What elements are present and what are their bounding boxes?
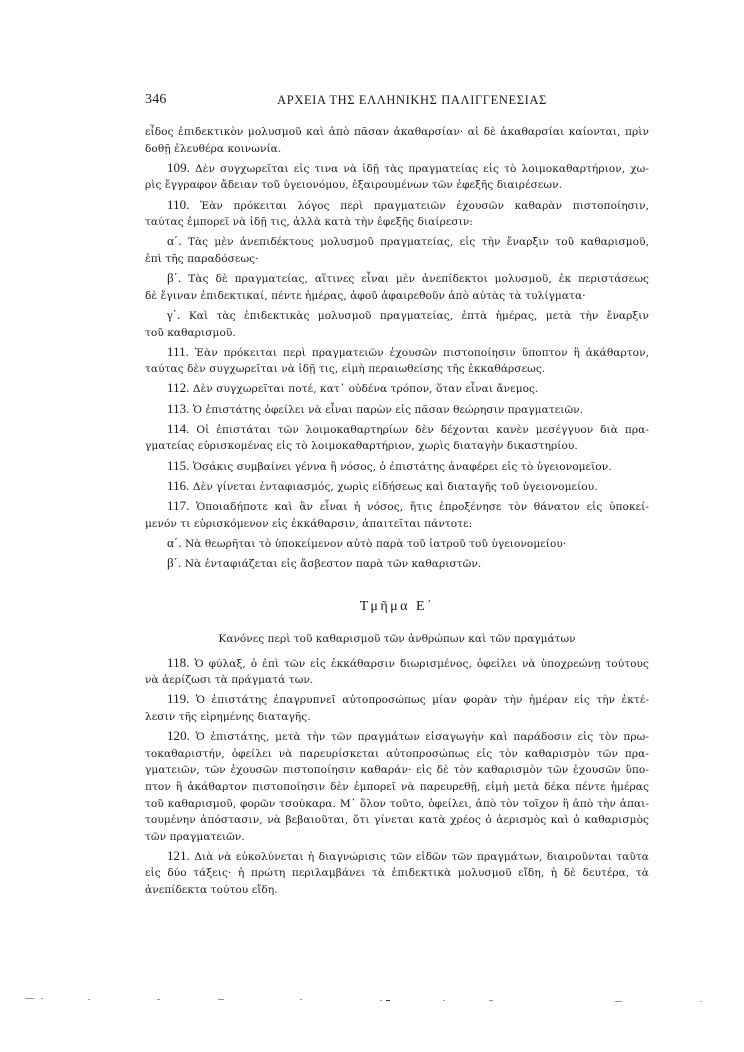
paragraph: 116. Δὲν γίνεται ἐνταφιασμός, χωρὶς εἰδή… bbox=[145, 478, 649, 496]
text-line-content: Ὁ ἐπιστάτης ὀφείλει νὰ εἶναι παρὼν εἰς π… bbox=[193, 404, 583, 416]
journal-title: ΑΡΧΕΙΑ ΤΗΣ ΕΛΛΗΝΙΚΗΣ ΠΑΛΙΓΓΕΝΕΣΙΑΣ bbox=[145, 93, 649, 108]
text-line: ρὶς ἔγγραφον ἄδειαν τοῦ ὑγειονόμου, ἐξαι… bbox=[145, 177, 649, 194]
text-line-content: Ὁποιαδήποτε καὶ ἂν εἶναι ἡ νόσος, ἥτις ἐ… bbox=[196, 501, 649, 513]
paragraph: 113. Ὁ ἐπιστάτης ὀφείλει νὰ εἶναι παρὼν … bbox=[145, 401, 649, 419]
paragraph: 111. Ἐὰν πρόκειται περὶ πραγματειῶν ἐχου… bbox=[145, 344, 649, 378]
text-line: β΄. Τὰς δὲ πραγματείας, αἵτινες εἶναι μὲ… bbox=[145, 270, 649, 288]
paragraph-number: 113. bbox=[167, 401, 189, 416]
text-line-content: Δὲν γίνεται ἐνταφιασμός, χωρὶς εἰδήσεως … bbox=[193, 481, 598, 493]
text-line: 116. Δὲν γίνεται ἐνταφιασμός, χωρὶς εἰδή… bbox=[145, 478, 649, 496]
paragraph-number: 111. bbox=[167, 344, 189, 359]
scan-mark bbox=[88, 999, 90, 1000]
scan-mark bbox=[218, 999, 224, 1000]
text-line: τῶν πραγματειῶν. bbox=[145, 829, 649, 846]
text-line-content: γματειῶν, τῶν ἐχουσῶν πιστοποίησιν καθαρ… bbox=[145, 764, 649, 776]
paragraph: εἶδος ἐπιδεκτικὸν μολυσμοῦ καὶ ἀπὸ πᾶσαν… bbox=[145, 124, 649, 157]
text-line: 114. Οἱ ἐπιστάται τῶν λοιμοκαθαρτηρίων δ… bbox=[145, 421, 649, 439]
text-line-content: Ἐὰν πρόκειται λόγος περὶ πραγματειῶν ἐχο… bbox=[200, 200, 649, 212]
text-line: λεσιν τῆς εἰρημένης διαταγῆς. bbox=[145, 709, 649, 726]
paragraph: 112. Δὲν συγχωρεῖται ποτέ, κατ᾿ οὐδένα τ… bbox=[145, 380, 649, 398]
document-page: 346 ΑΡΧΕΙΑ ΤΗΣ ΕΛΛΗΝΙΚΗΣ ΠΑΛΙΓΓΕΝΕΣΙΑΣ ε… bbox=[145, 92, 649, 901]
paragraph: 114. Οἱ ἐπιστάται τῶν λοιμοκαθαρτηρίων δ… bbox=[145, 421, 649, 455]
text-line: γ΄. Καὶ τὰς ἐπιδεκτικὰς μολυσμοῦ πραγματ… bbox=[145, 307, 649, 325]
text-line: εἶδος ἐπιδεκτικὸν μολυσμοῦ καὶ ἀπὸ πᾶσαν… bbox=[145, 124, 649, 141]
text-line: 115. Ὁσάκις συμβαίνει γέννα ἢ νόσος, ὁ ἐ… bbox=[145, 458, 649, 476]
scan-mark bbox=[380, 1000, 382, 1001]
text-line: τοῦ καθαρισμοῦ, φορῶν τσούκαρα. Μ᾿ ὅλον … bbox=[145, 796, 649, 813]
text-line-content: τουμένην ἀπόστασιν, νὰ βεβαιοῦται, ὅτι γ… bbox=[145, 814, 649, 826]
text-line-content: τοκαθαριστήν, ὀφείλει νὰ παρευρίσκεται α… bbox=[145, 748, 649, 760]
paragraph-number: γ΄. bbox=[167, 307, 180, 322]
text-line: 118. Ὁ φύλαξ, ὁ ἐπὶ τῶν εἰς ἐκκάθαρσιν δ… bbox=[145, 655, 649, 673]
scan-mark bbox=[386, 1000, 390, 1001]
text-line-content: τοῦ καθαρισμοῦ, φορῶν τσούκαρα. Μ᾿ ὅλον … bbox=[145, 798, 649, 810]
paragraph: 118. Ὁ φύλαξ, ὁ ἐπὶ τῶν εἰς ἐκκάθαρσιν δ… bbox=[145, 655, 649, 689]
text-line: γματειῶν, τῶν ἐχουσῶν πιστοποίησιν καθαρ… bbox=[145, 762, 649, 779]
text-line: 111. Ἐὰν πρόκειται περὶ πραγματειῶν ἐχου… bbox=[145, 344, 649, 362]
paragraph-number: 110. bbox=[167, 197, 189, 212]
paragraph-number: 121. bbox=[167, 848, 190, 863]
text-line-content: Δὲν συγχωρεῖται εἰς τινα νὰ ἰδῇ τὰς πραγ… bbox=[195, 163, 649, 175]
text-line: ἐπὶ τῆς παραδόσεως· bbox=[145, 251, 649, 268]
text-line-content: Καὶ τὰς ἐπιδεκτικὰς μολυσμοῦ πραγματείας… bbox=[189, 310, 649, 322]
text-line: τοῦ καθαρισμοῦ. bbox=[145, 325, 649, 342]
paragraph-number: 117. bbox=[167, 498, 189, 513]
paragraph-number: 118. bbox=[167, 655, 189, 670]
body-text-top: εἶδος ἐπιδεκτικὸν μολυσμοῦ καὶ ἀπὸ πᾶσαν… bbox=[145, 124, 649, 573]
paragraph: α΄. Νὰ θεωρῆται τὸ ὑποκείμενον αὐτὸ παρὰ… bbox=[145, 535, 649, 553]
paragraph: β΄. Νὰ ἐνταφιάζεται εἰς ἄσβεστον παρὰ τῶ… bbox=[145, 555, 649, 573]
text-line-content: νὰ ἀερίζωσι τὰ πράγματά των. bbox=[145, 674, 313, 686]
paragraph: α΄. Τὰς μὲν ἀνεπιδέκτους μολυσμοῦ πραγμα… bbox=[145, 233, 649, 267]
text-line-content: Τὰς μὲν ἀνεπιδέκτους μολυσμοῦ πραγματεία… bbox=[188, 236, 649, 248]
text-line: μενόν τι εὑρισκόμενον εἰς ἐκκάθαρσιν, ἀπ… bbox=[145, 516, 649, 533]
paragraph-number: α΄. bbox=[167, 535, 182, 550]
text-line: ἀνεπίδεκτα τούτου εἴδη. bbox=[145, 882, 649, 899]
paragraph: γ΄. Καὶ τὰς ἐπιδεκτικὰς μολυσμοῦ πραγματ… bbox=[145, 307, 649, 341]
text-line-content: εἶδος ἐπιδεκτικὸν μολυσμοῦ καὶ ἀπὸ πᾶσαν… bbox=[145, 126, 649, 138]
paragraph-number: 114. bbox=[167, 421, 189, 436]
body-text-bottom: 118. Ὁ φύλαξ, ὁ ἐπὶ τῶν εἰς ἐκκάθαρσιν δ… bbox=[145, 655, 649, 899]
text-line: τουμένην ἀπόστασιν, νὰ βεβαιοῦται, ὅτι γ… bbox=[145, 812, 649, 829]
text-line-content: ρὶς ἔγγραφον ἄδειαν τοῦ ὑγειονόμου, ἐξαι… bbox=[145, 179, 562, 191]
text-line-content: Νὰ θεωρῆται τὸ ὑποκείμενον αὐτὸ παρὰ τοῦ… bbox=[185, 538, 566, 550]
text-line: 119. Ὁ ἐπιστάτης ἐπαγρυπνεῖ αὐτοπροσώπως… bbox=[145, 691, 649, 709]
paragraph: 109. Δὲν συγχωρεῖται εἰς τινα νὰ ἰδῇ τὰς… bbox=[145, 160, 649, 194]
text-line: 117. Ὁποιαδήποτε καὶ ἂν εἶναι ἡ νόσος, ἥ… bbox=[145, 498, 649, 516]
text-line-content: ἐπὶ τῆς παραδόσεως· bbox=[145, 253, 259, 265]
scan-mark bbox=[25, 998, 34, 999]
paragraph-number: 120. bbox=[167, 728, 190, 743]
paragraph: 110. Ἐὰν πρόκειται λόγος περὶ πραγματειῶ… bbox=[145, 197, 649, 231]
scan-mark bbox=[157, 999, 160, 1000]
text-line-content: δὲ ἔγιναν ἐπιδεκτικαί, πέντε ἡμέρας, ἀφο… bbox=[145, 290, 586, 302]
text-line: δοθῇ ἐλευθέρα κοινωνία. bbox=[145, 141, 649, 158]
text-line: ταύτας ἐμπορεῖ νὰ ἰδῇ τις, ἀλλὰ κατὰ τὴν… bbox=[145, 214, 649, 231]
scan-mark bbox=[300, 999, 302, 1000]
text-line: 112. Δὲν συγχωρεῖται ποτέ, κατ᾿ οὐδένα τ… bbox=[145, 380, 649, 398]
text-line-content: Τὰς δὲ πραγματείας, αἵτινες εἶναι μὲν ἀν… bbox=[188, 273, 649, 285]
scan-mark bbox=[700, 1001, 702, 1002]
text-line: 121. Διὰ νὰ εὐκολύνεται ἡ διαγνώρισις τῶ… bbox=[145, 848, 649, 866]
text-line: β΄. Νὰ ἐνταφιάζεται εἰς ἄσβεστον παρὰ τῶ… bbox=[145, 555, 649, 573]
text-line-content: Ὁ ἐπιστάτης ἐπαγρυπνεῖ αὐτοπροσώπως μίαν… bbox=[196, 694, 649, 706]
scan-mark bbox=[443, 1000, 445, 1001]
text-line-content: ἀνεπίδεκτα τούτου εἴδη. bbox=[145, 884, 278, 896]
text-line: νὰ ἀερίζωσι τὰ πράγματά των. bbox=[145, 672, 649, 689]
scan-mark bbox=[489, 1000, 493, 1001]
text-line: δὲ ἔγιναν ἐπιδεκτικαί, πέντε ἡμέρας, ἀφο… bbox=[145, 288, 649, 305]
paragraph: 121. Διὰ νὰ εὐκολύνεται ἡ διαγνώρισις τῶ… bbox=[145, 848, 649, 899]
text-line: 109. Δὲν συγχωρεῖται εἰς τινα νὰ ἰδῇ τὰς… bbox=[145, 160, 649, 178]
paragraph-number: β΄. bbox=[167, 270, 181, 285]
text-line-content: Οἱ ἐπιστάται τῶν λοιμοκαθαρτηρίων δὲν δέ… bbox=[196, 424, 649, 436]
text-line: τοκαθαριστήν, ὀφείλει νὰ παρευρίσκεται α… bbox=[145, 746, 649, 763]
section-heading: Τμῆμα Ε΄ bbox=[145, 599, 649, 615]
paragraph: β΄. Τὰς δὲ πραγματείας, αἵτινες εἶναι μὲ… bbox=[145, 270, 649, 304]
text-line: εἰς δύο τάξεις· ἡ πρώτη περιλαμβάνει τὰ … bbox=[145, 865, 649, 882]
paragraph-number: α΄. bbox=[167, 233, 182, 248]
text-line: 113. Ὁ ἐπιστάτης ὀφείλει νὰ εἶναι παρὼν … bbox=[145, 401, 649, 419]
text-line: πτον ἢ ἀκάθαρτον πιστοποίησιν δὲν ἐμπορε… bbox=[145, 779, 649, 796]
text-line-content: τοῦ καθαρισμοῦ. bbox=[145, 327, 236, 339]
paragraph: 119. Ὁ ἐπιστάτης ἐπαγρυπνεῖ αὐτοπροσώπως… bbox=[145, 691, 649, 725]
section-subheading: Κανόνες περὶ τοῦ καθαρισμοῦ τῶν ἀνθρώπων… bbox=[145, 633, 649, 645]
text-line-content: εἰς δύο τάξεις· ἡ πρώτη περιλαμβάνει τὰ … bbox=[145, 867, 649, 879]
text-line-content: Ὁ ἐπιστάτης, μετὰ τὴν τῶν πραγμάτων εἰσα… bbox=[196, 731, 649, 743]
text-line: γματείας εὑρισκομένας εἰς τὸ λοιμοκαθαρτ… bbox=[145, 438, 649, 455]
text-line: ταύτας δὲν συγχωρεῖται νὰ ἰδῇ τις, εἰμὴ … bbox=[145, 361, 649, 378]
text-line-content: Διὰ νὰ εὐκολύνεται ἡ διαγνώρισις τῶν εἰδ… bbox=[194, 851, 649, 863]
paragraph-number: 109. bbox=[167, 160, 190, 175]
text-line: 120. Ὁ ἐπιστάτης, μετὰ τὴν τῶν πραγμάτων… bbox=[145, 728, 649, 746]
running-head: 346 ΑΡΧΕΙΑ ΤΗΣ ΕΛΛΗΝΙΚΗΣ ΠΑΛΙΓΓΕΝΕΣΙΑΣ bbox=[145, 92, 649, 112]
paragraph-number: 115. bbox=[167, 458, 189, 473]
scan-mark bbox=[41, 998, 43, 999]
text-line-content: ταύτας ἐμπορεῖ νὰ ἰδῇ τις, ἀλλὰ κατὰ τὴν… bbox=[145, 216, 473, 228]
paragraph-number: 119. bbox=[167, 691, 189, 706]
scan-artifacts bbox=[0, 998, 744, 1004]
paragraph: 117. Ὁποιαδήποτε καὶ ἂν εἶναι ἡ νόσος, ἥ… bbox=[145, 498, 649, 532]
text-line-content: πτον ἢ ἀκάθαρτον πιστοποίησιν δὲν ἐμπορε… bbox=[145, 781, 649, 793]
scan-mark bbox=[615, 1001, 622, 1002]
text-line-content: Νὰ ἐνταφιάζεται εἰς ἄσβεστον παρὰ τῶν κα… bbox=[185, 558, 482, 570]
text-line-content: γματείας εὑρισκομένας εἰς τὸ λοιμοκαθαρτ… bbox=[145, 440, 578, 452]
text-line-content: Ὁσάκις συμβαίνει γέννα ἢ νόσος, ὁ ἐπιστά… bbox=[193, 461, 612, 473]
text-line-content: Ὁ φύλαξ, ὁ ἐπὶ τῶν εἰς ἐκκάθαρσιν διωρισ… bbox=[194, 658, 649, 670]
paragraph-number: 116. bbox=[167, 478, 189, 493]
paragraph-number: 112. bbox=[167, 380, 189, 395]
text-line-content: μενόν τι εὑρισκόμενον εἰς ἐκκάθαρσιν, ἀπ… bbox=[145, 518, 472, 530]
paragraph: 115. Ὁσάκις συμβαίνει γέννα ἢ νόσος, ὁ ἐ… bbox=[145, 458, 649, 476]
text-line-content: Ἐὰν πρόκειται περὶ πραγματειῶν ἐχουσῶν π… bbox=[195, 347, 649, 359]
text-line-content: Δὲν συγχωρεῖται ποτέ, κατ᾿ οὐδένα τρόπον… bbox=[193, 383, 539, 395]
paragraph-number: β΄. bbox=[167, 555, 181, 570]
text-line-content: ταύτας δὲν συγχωρεῖται νὰ ἰδῇ τις, εἰμὴ … bbox=[145, 363, 545, 375]
text-line-content: δοθῇ ἐλευθέρα κοινωνία. bbox=[145, 143, 281, 155]
text-line: α΄. Νὰ θεωρῆται τὸ ὑποκείμενον αὐτὸ παρὰ… bbox=[145, 535, 649, 553]
paragraph: 120. Ὁ ἐπιστάτης, μετὰ τὴν τῶν πραγμάτων… bbox=[145, 728, 649, 845]
text-line: α΄. Τὰς μὲν ἀνεπιδέκτους μολυσμοῦ πραγμα… bbox=[145, 233, 649, 251]
text-line-content: λεσιν τῆς εἰρημένης διαταγῆς. bbox=[145, 711, 311, 723]
text-line-content: τῶν πραγματειῶν. bbox=[145, 831, 245, 843]
text-line: 110. Ἐὰν πρόκειται λόγος περὶ πραγματειῶ… bbox=[145, 197, 649, 215]
